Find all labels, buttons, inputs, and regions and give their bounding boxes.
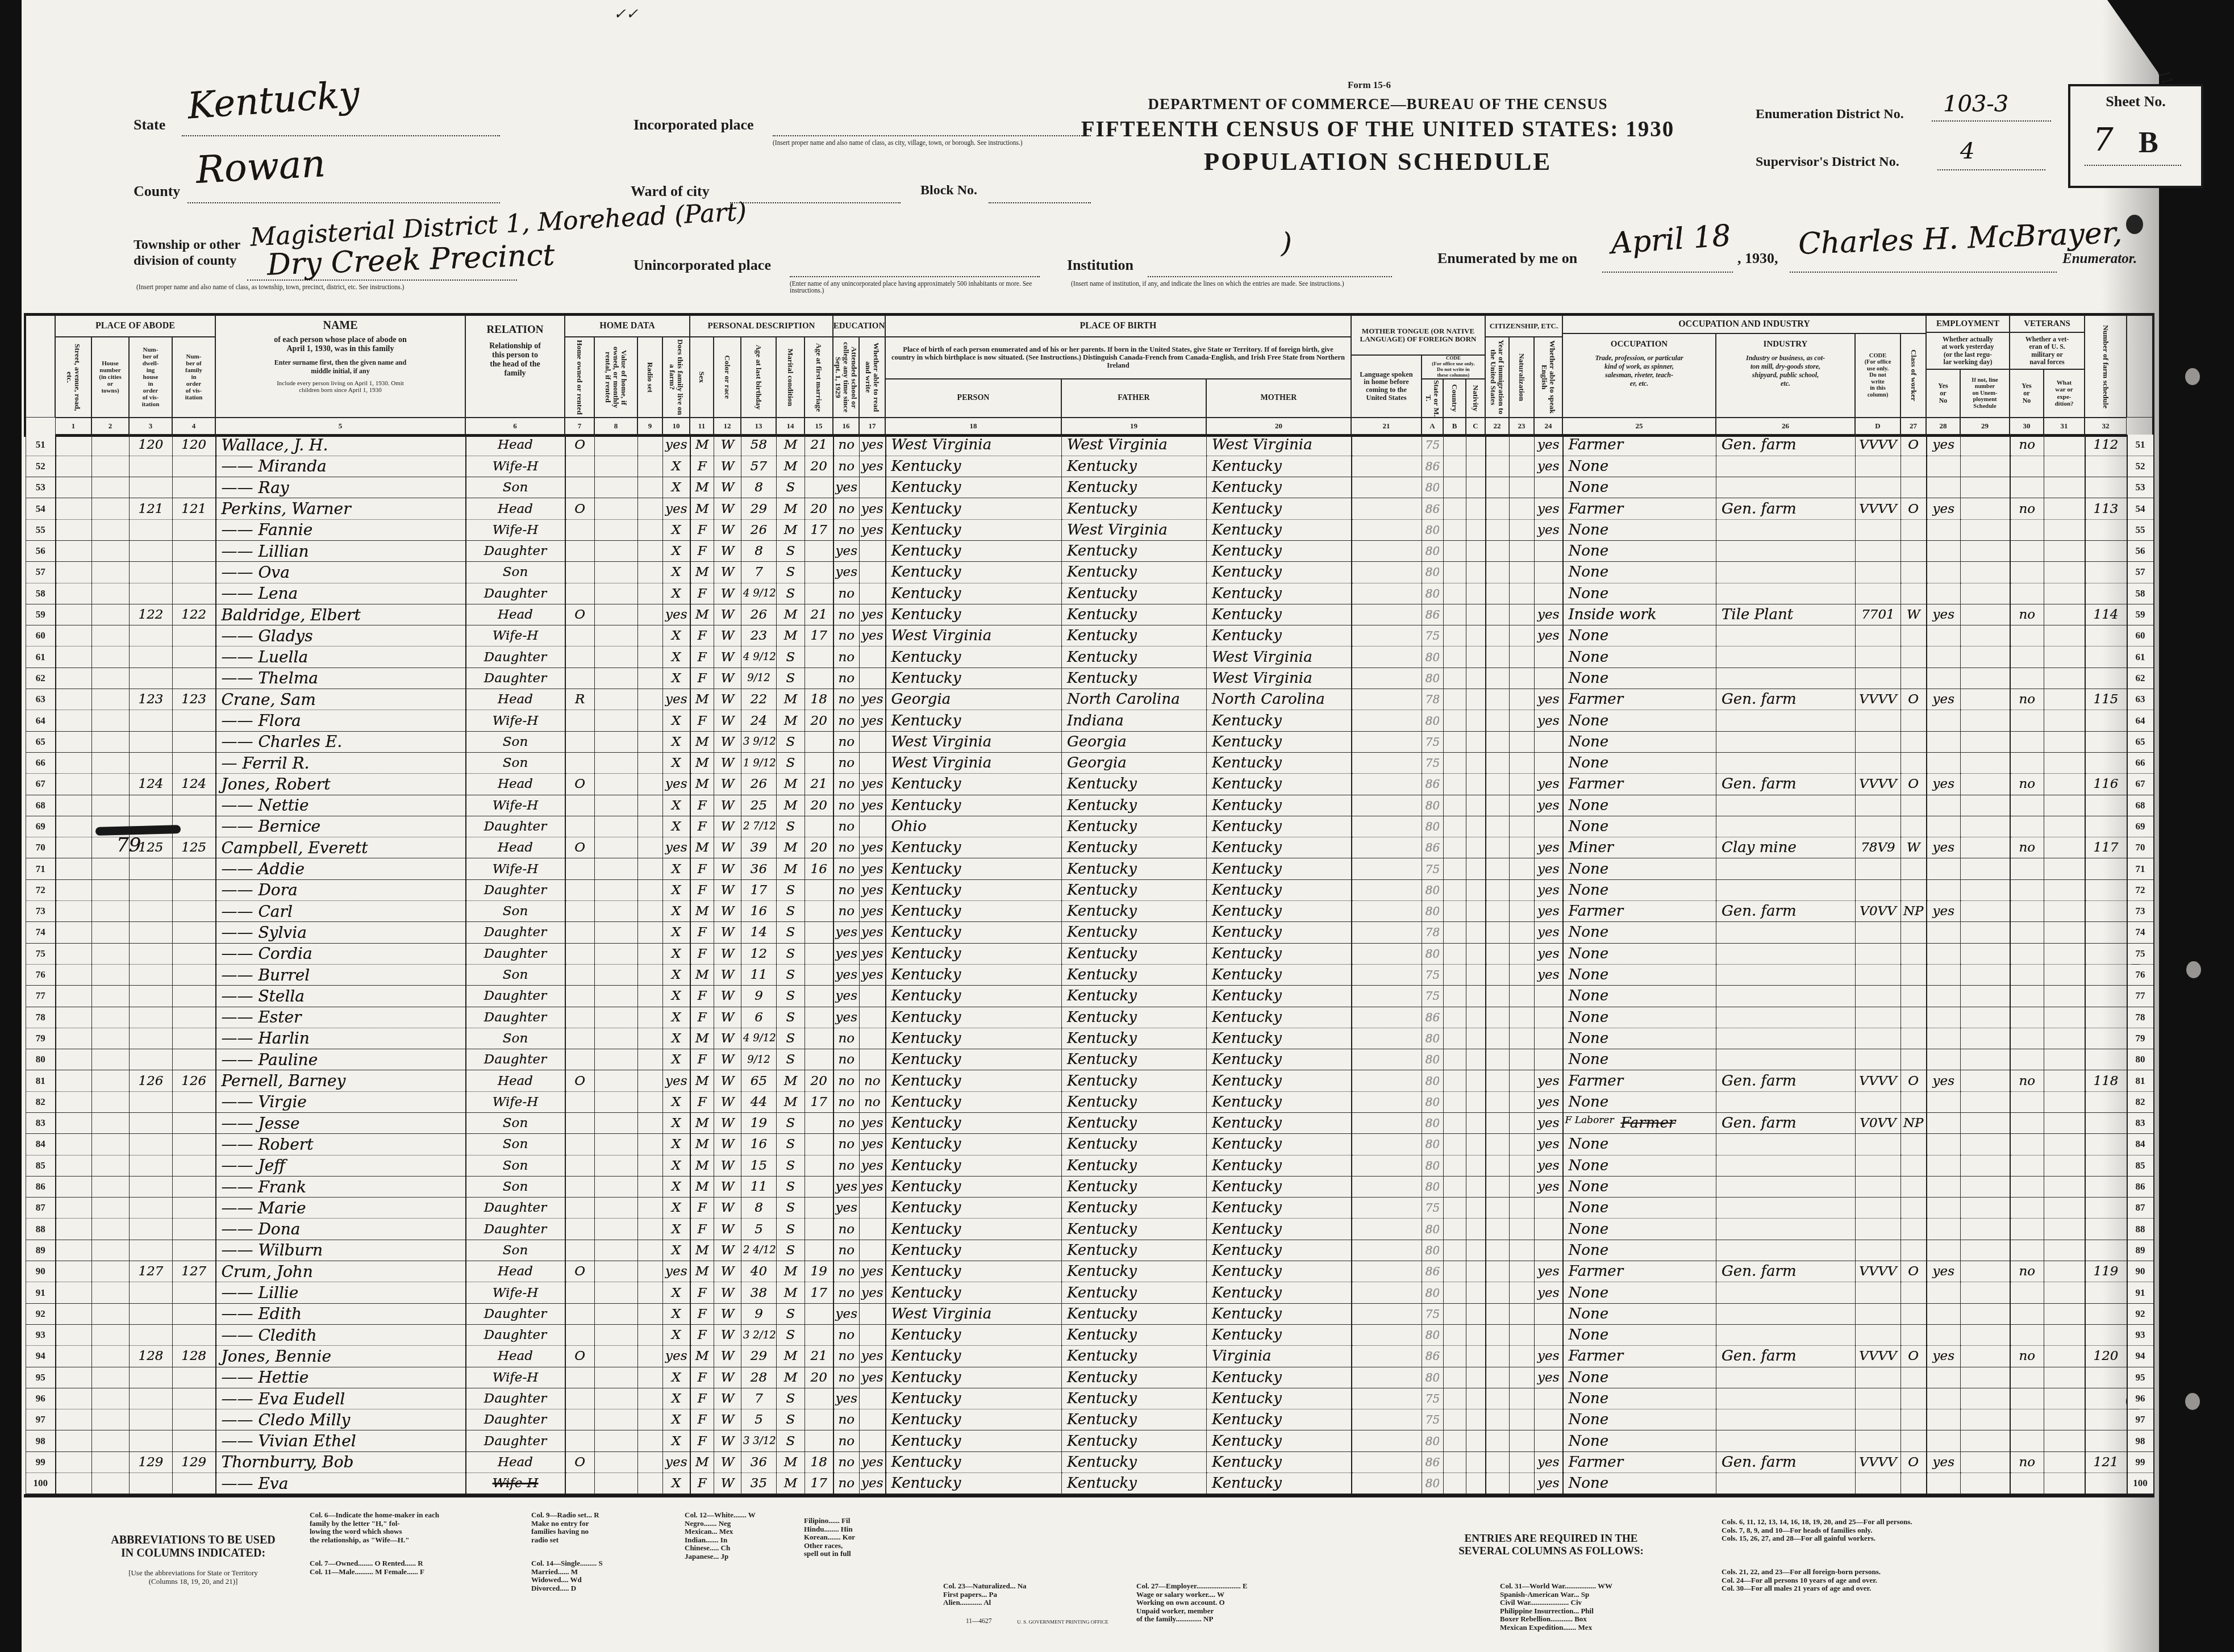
cell-unemp_line <box>1961 1430 2010 1451</box>
cell-code_a-value: 86 <box>1424 1011 1441 1024</box>
cell-birth_person: Kentucky <box>886 1219 1062 1240</box>
cell-farm-value: X <box>665 671 688 686</box>
col-street: Street, avenue, road, etc. <box>55 337 91 418</box>
cell-at_work-value: yes <box>1929 840 1959 855</box>
cell-dwelling <box>130 1219 173 1240</box>
cell-age_married: 17 <box>805 519 833 540</box>
cell-marital: M <box>777 795 805 816</box>
incorporated-underline <box>773 135 1091 136</box>
cell-language <box>1352 1451 1422 1472</box>
cell-birth_person: Kentucky <box>886 837 1062 858</box>
cell-immigration <box>1486 435 1510 456</box>
cell-street <box>56 1134 92 1155</box>
cell-house <box>92 986 130 1007</box>
cell-marital-value: S <box>778 1328 803 1342</box>
cell-birth_person-value: Kentucky <box>888 861 1060 878</box>
cell-farm_schedule <box>2085 1007 2127 1028</box>
cell-unemp_line <box>1961 1070 2010 1091</box>
cell-code_a: 80 <box>1422 816 1444 837</box>
cell-age-value: 1 9/12 <box>743 757 774 769</box>
cell-war <box>2044 1367 2085 1388</box>
cell-relation-value: Daughter <box>468 544 563 558</box>
cell-war <box>2044 1303 2085 1324</box>
footer-abbr-title: ABBREVIATIONS TO BE USED IN COLUMNS INDI… <box>94 1534 293 1560</box>
cell-worker_class-value: NP <box>1903 904 1924 919</box>
cell-line: 68 <box>26 795 56 816</box>
cell-marital-value: S <box>778 1434 803 1449</box>
cell-read_write <box>860 1388 886 1409</box>
cell-farm-value: X <box>665 1243 688 1258</box>
punch-hole-icon <box>2126 215 2143 234</box>
cell-at_work <box>1927 1409 1961 1430</box>
table-row-line-59: 59122122Baldridge, ElbertHeadOyesMW26M21… <box>26 604 2154 625</box>
cell-family <box>173 1367 216 1388</box>
cell-sex-value: F <box>693 925 712 940</box>
table-row-line-66: 66— Ferril R.SonXMW1 9/12SnoWest Virgini… <box>26 752 2154 773</box>
cell-naturalization <box>1510 1451 1535 1472</box>
cell-code_c <box>1466 731 1486 752</box>
cell-worker_class: O <box>1901 774 1927 795</box>
line-number: 63 <box>2136 694 2145 704</box>
cell-value <box>595 646 638 668</box>
cell-family <box>173 964 216 985</box>
cell-age_married: 20 <box>805 795 833 816</box>
cell-language <box>1352 562 1422 583</box>
cell-code_d <box>1856 1473 1901 1494</box>
cell-occupation: None <box>1563 668 1716 689</box>
cell-code_a-value: 80 <box>1424 481 1441 494</box>
cell-naturalization <box>1510 604 1535 625</box>
cell-family <box>173 562 216 583</box>
cell-naturalization <box>1510 1346 1535 1367</box>
cell-english-value: yes <box>1536 883 1561 898</box>
cell-sex: F <box>690 1409 714 1430</box>
cell-code_b <box>1444 1113 1466 1134</box>
block-label: Block No. <box>920 183 977 198</box>
cell-veteran: no <box>2010 604 2044 625</box>
cell-worker_class <box>1901 1282 1927 1303</box>
cell-industry-value: Clay mine <box>1718 839 1853 856</box>
cell-language <box>1352 1176 1422 1197</box>
col-dwelling-number: Num- ber of dwell- ing house in order of… <box>142 347 160 408</box>
line-number: 80 <box>2136 1054 2145 1065</box>
cell-age_married: 20 <box>805 1367 833 1388</box>
cell-age-value: 8 <box>743 480 774 495</box>
cell-color: W <box>714 646 741 668</box>
cell-veteran: no <box>2010 1451 2044 1472</box>
cell-sex: M <box>690 498 714 519</box>
cell-language <box>1352 816 1422 837</box>
cell-immigration <box>1486 752 1510 773</box>
cell-veteran-value: no <box>2012 1455 2043 1470</box>
sd-value: 4 <box>1960 138 1974 164</box>
cell-sex: F <box>690 1091 714 1112</box>
cell-radio <box>638 1303 663 1324</box>
cell-immigration <box>1486 583 1510 604</box>
cell-industry <box>1716 986 1856 1007</box>
cell-at_work <box>1927 456 1961 477</box>
col-color-race: Color or race <box>723 356 731 399</box>
cell-code_c <box>1466 519 1486 540</box>
cell-birth_mother-value: Kentucky <box>1208 1475 1349 1492</box>
cell-code_c <box>1466 1091 1486 1112</box>
cell-read_write-value: yes <box>861 967 883 982</box>
cell-farm_schedule <box>2085 1198 2127 1219</box>
cell-english: yes <box>1535 1091 1563 1112</box>
cell-birth_mother-value: Kentucky <box>1208 1094 1349 1111</box>
cell-name-value: Jones, Robert <box>218 775 464 794</box>
cell-house <box>92 710 130 731</box>
cell-line: 87 <box>2127 1198 2154 1219</box>
col-sex: Sex <box>690 337 714 418</box>
cell-occupation-value: None <box>1565 966 1715 983</box>
cell-marital: M <box>777 774 805 795</box>
cell-code_b <box>1444 477 1466 498</box>
cell-line: 94 <box>2127 1346 2154 1367</box>
line-number: 67 <box>36 778 45 789</box>
cell-read_write-value: yes <box>861 1264 883 1279</box>
cell-unemp_line <box>1961 1303 2010 1324</box>
table-row-line-71: 71—— AddieWife-HXFW36M16noyesKentuckyKen… <box>26 858 2154 879</box>
cell-industry <box>1716 943 1856 964</box>
cell-line: 78 <box>2127 1007 2154 1028</box>
cell-marital-value: S <box>778 1412 803 1427</box>
cell-relation-value: Son <box>468 1179 563 1194</box>
cell-relation-value: Wife-H <box>468 798 563 813</box>
col-age: Age at last birthday <box>755 345 762 410</box>
cell-age_married <box>805 752 833 773</box>
cell-birth_father: Kentucky <box>1062 1219 1207 1240</box>
cell-unemp_line <box>1961 858 2010 879</box>
cell-veteran <box>2010 1388 2044 1409</box>
cell-value <box>595 604 638 625</box>
cell-family-value: 120 <box>174 437 214 452</box>
cell-color-value: W <box>716 1349 739 1363</box>
cell-at_work: yes <box>1927 604 1961 625</box>
cell-marital: S <box>777 752 805 773</box>
line-number: 99 <box>2136 1457 2145 1467</box>
cell-farm_schedule <box>2085 1282 2127 1303</box>
col-number: 29 <box>1960 418 2010 435</box>
cell-age: 36 <box>741 1451 777 1472</box>
cell-age-value: 19 <box>743 1116 774 1130</box>
cell-occupation-value: None <box>1565 1199 1715 1216</box>
cell-occupation-value: None <box>1565 1390 1715 1407</box>
cell-english-value: yes <box>1536 1095 1561 1109</box>
cell-radio <box>638 456 663 477</box>
cell-relation-value: Head <box>468 777 563 791</box>
cell-read_write <box>860 1303 886 1324</box>
cell-home <box>565 901 595 922</box>
cell-name-value: —— Robert <box>218 1135 464 1154</box>
cell-birth_father-value: Kentucky <box>1064 1178 1204 1195</box>
cell-occupation-value: None <box>1565 987 1715 1004</box>
cell-farm-value: X <box>665 925 688 940</box>
cell-worker_class: O <box>1901 1261 1927 1282</box>
col-number: 22 <box>1494 422 1501 430</box>
cell-marital-value: S <box>778 1243 803 1258</box>
cell-color: W <box>714 1261 741 1282</box>
cell-naturalization <box>1510 816 1535 837</box>
cell-unemp_line <box>1961 1028 2010 1049</box>
cell-marital: M <box>777 519 805 540</box>
cell-worker_class <box>1901 540 1927 561</box>
cell-veteran: no <box>2010 837 2044 858</box>
cell-farm-value: yes <box>665 840 688 855</box>
cell-school: no <box>833 879 860 900</box>
cell-worker_class-value: O <box>1903 1264 1924 1279</box>
cell-birth_person: Kentucky <box>886 922 1062 943</box>
cell-english <box>1535 477 1563 498</box>
cell-read_write: yes <box>860 837 886 858</box>
cell-sex-value: F <box>693 1370 712 1385</box>
cell-naturalization <box>1510 943 1535 964</box>
cell-relation: Head <box>466 689 565 710</box>
cell-color: W <box>714 1070 741 1091</box>
cell-language <box>1352 1049 1422 1070</box>
cell-birth_person: Kentucky <box>886 519 1062 540</box>
footer-col23: Col. 23—Naturalized... Na First papers..… <box>943 1582 1108 1607</box>
binder-hole-icon <box>2185 1393 2200 1410</box>
cell-farm: X <box>663 986 690 1007</box>
cell-family <box>173 1303 216 1324</box>
cell-relation: Son <box>466 1028 565 1049</box>
cell-war <box>2044 625 2085 646</box>
cell-dwelling <box>130 922 173 943</box>
cell-naturalization <box>1510 1176 1535 1197</box>
cell-house <box>92 540 130 561</box>
cell-color-value: W <box>716 1243 739 1258</box>
cell-relation: Head <box>466 435 565 456</box>
cell-house <box>92 435 130 456</box>
cell-family <box>173 922 216 943</box>
col-immigration-year: Year of immigration to the United States <box>1489 337 1505 417</box>
cell-name: Wallace, J. H. <box>216 435 466 456</box>
cell-code_a-value: 80 <box>1424 671 1441 685</box>
cell-worker_class <box>1901 1155 1927 1176</box>
cell-birth_person-value: Kentucky <box>888 458 1060 475</box>
cell-family-value: 124 <box>174 777 214 791</box>
cell-at_work <box>1927 986 1961 1007</box>
cell-worker_class: O <box>1901 1070 1927 1091</box>
cell-family <box>173 1282 216 1303</box>
cell-occupation: None <box>1563 710 1716 731</box>
cell-veteran <box>2010 1409 2044 1430</box>
cell-name: —— Bernice <box>216 816 466 837</box>
col-number: 19 <box>1130 422 1137 430</box>
cell-industry: Gen. farm <box>1716 498 1856 519</box>
table-row-line-53: 53—— RaySonXMW8SyesKentuckyKentuckyKentu… <box>26 477 2154 498</box>
cell-birth_father-value: North Carolina <box>1064 691 1204 708</box>
cell-relation: Daughter <box>466 1324 565 1345</box>
cell-age_married: 21 <box>805 774 833 795</box>
cell-name: —— Vivian Ethel <box>216 1430 466 1451</box>
cell-value <box>595 1367 638 1388</box>
cell-immigration <box>1486 562 1510 583</box>
cell-marital: S <box>777 731 805 752</box>
cell-farm-value: X <box>665 1158 688 1173</box>
col-number: 6 <box>513 422 517 430</box>
cell-line: 79 <box>2127 1028 2154 1049</box>
cell-marital-value: S <box>778 883 803 898</box>
cell-street <box>56 986 92 1007</box>
cell-at_work-value: yes <box>1929 502 1959 516</box>
cell-birth_person-value: Kentucky <box>888 1348 1060 1365</box>
cell-war <box>2044 1346 2085 1367</box>
cell-at_work <box>1927 1219 1961 1240</box>
cell-name-value: —— Thelma <box>218 669 464 687</box>
cell-industry <box>1716 964 1856 985</box>
cell-school-value: no <box>836 714 858 728</box>
cell-color-value: W <box>716 1095 739 1109</box>
col-number: 27 <box>1900 418 1926 435</box>
cell-birth_person: Kentucky <box>886 1176 1062 1197</box>
cell-name-value: —— Lena <box>218 584 464 603</box>
cell-at_work: yes <box>1927 498 1961 519</box>
cell-read_write <box>860 1324 886 1345</box>
cell-house <box>92 901 130 922</box>
cell-sex-value: M <box>693 1158 712 1173</box>
cell-naturalization <box>1510 1430 1535 1451</box>
cell-sex-value: F <box>693 883 712 898</box>
cell-english <box>1535 1219 1563 1240</box>
cell-marital: M <box>777 1473 805 1494</box>
cell-war <box>2044 1261 2085 1282</box>
cell-sex: F <box>690 1388 714 1409</box>
cell-immigration <box>1486 1219 1510 1240</box>
cell-farm_schedule <box>2085 1430 2127 1451</box>
cell-worker_class <box>1901 879 1927 900</box>
cell-school-value: no <box>836 1370 858 1385</box>
cell-language <box>1352 1219 1422 1240</box>
cell-birth_mother: Kentucky <box>1207 774 1352 795</box>
cell-school-value: yes <box>836 1179 858 1194</box>
cell-dwelling <box>130 964 173 985</box>
cell-age-value: 28 <box>743 1370 774 1385</box>
cell-farm_schedule <box>2085 1409 2127 1430</box>
cell-name: —— Thelma <box>216 668 466 689</box>
cell-line: 88 <box>2127 1219 2154 1240</box>
cell-school: yes <box>833 477 860 498</box>
cell-value <box>595 477 638 498</box>
col-attended-school: Attended school or college any time sinc… <box>834 337 858 417</box>
cell-code_b <box>1444 816 1466 837</box>
cell-marital: M <box>777 604 805 625</box>
cell-war <box>2044 837 2085 858</box>
cell-house <box>92 879 130 900</box>
cell-color: W <box>714 519 741 540</box>
cell-marital: M <box>777 498 805 519</box>
cell-age: 26 <box>741 604 777 625</box>
cell-color-value: W <box>716 1264 739 1279</box>
line-number: 76 <box>36 969 45 980</box>
cell-name-value: —— Gladys <box>218 627 464 645</box>
cell-birth_person-value: Kentucky <box>888 1115 1060 1132</box>
cell-industry <box>1716 456 1856 477</box>
cell-age_married: 20 <box>805 456 833 477</box>
cell-naturalization <box>1510 519 1535 540</box>
cell-english <box>1535 816 1563 837</box>
cell-birth_mother: Kentucky <box>1207 1451 1352 1472</box>
cell-birth_mother-value: Kentucky <box>1208 564 1349 581</box>
cell-sex-value: F <box>693 523 712 537</box>
cell-house <box>92 668 130 689</box>
cell-english: yes <box>1535 435 1563 456</box>
cell-naturalization <box>1510 540 1535 561</box>
cell-code_d <box>1856 879 1901 900</box>
cell-farm_schedule <box>2085 943 2127 964</box>
cell-naturalization <box>1510 879 1535 900</box>
cell-line: 77 <box>2127 986 2154 1007</box>
cell-farm: X <box>663 519 690 540</box>
cell-code_d <box>1856 583 1901 604</box>
cell-language <box>1352 1261 1422 1282</box>
cell-value <box>595 1261 638 1282</box>
cell-occupation: Farmer <box>1563 689 1716 710</box>
cell-at_work <box>1927 1324 1961 1345</box>
cell-code_a-value: 80 <box>1424 565 1441 579</box>
cell-birth_father: Kentucky <box>1062 1070 1207 1091</box>
col-number: 12 <box>714 418 741 435</box>
cell-birth_person: Kentucky <box>886 901 1062 922</box>
cell-name-value: —— Pauline <box>218 1050 464 1069</box>
cell-dwelling <box>130 1388 173 1409</box>
cell-birth_father-value: Georgia <box>1064 733 1204 750</box>
cell-war <box>2044 816 2085 837</box>
cell-age: 9 <box>741 1303 777 1324</box>
cell-birth_person: West Virginia <box>886 731 1062 752</box>
cell-farm_schedule <box>2085 1176 2127 1197</box>
institution-note: (Insert name of institution, if any, and… <box>1071 281 1412 287</box>
cell-line: 59 <box>2127 604 2154 625</box>
cell-code_a: 75 <box>1422 858 1444 879</box>
cell-value <box>595 795 638 816</box>
cell-age_married: 21 <box>805 604 833 625</box>
cell-birth_person-value: Kentucky <box>888 1369 1060 1386</box>
cell-read_write-value: yes <box>861 1455 883 1470</box>
col-relation-text: RELATION <box>487 324 544 336</box>
line-number: 83 <box>36 1117 45 1128</box>
cell-veteran <box>2010 1155 2044 1176</box>
cell-age_married: 17 <box>805 1091 833 1112</box>
col-name-text: NAME <box>323 319 357 332</box>
cell-veteran <box>2010 710 2044 731</box>
cell-farm: X <box>663 668 690 689</box>
cell-occupation: None <box>1563 964 1716 985</box>
cell-code_a-value: 80 <box>1424 1032 1441 1045</box>
cell-birth_father: Kentucky <box>1062 1261 1207 1282</box>
line-number: 53 <box>36 482 45 493</box>
cell-occupation: None <box>1563 456 1716 477</box>
cell-age-value: 65 <box>743 1074 774 1088</box>
occupation-correction: F Laborer <box>1565 1115 1614 1126</box>
cell-war <box>2044 752 2085 773</box>
cell-birth_person-value: Kentucky <box>888 649 1060 666</box>
cell-industry: Gen. farm <box>1716 1346 1856 1367</box>
col-code-country: Country <box>1443 379 1466 418</box>
cell-radio <box>638 1070 663 1091</box>
cell-birth_father-value: Kentucky <box>1064 1348 1204 1365</box>
cell-home: O <box>565 435 595 456</box>
cell-occupation-value: None <box>1565 882 1715 899</box>
cell-worker_class <box>1901 1324 1927 1345</box>
cell-school-value: no <box>836 904 858 919</box>
cell-farm_schedule <box>2085 646 2127 668</box>
cell-code_a: 80 <box>1422 1367 1444 1388</box>
cell-dwelling <box>130 1028 173 1049</box>
cell-code_a: 75 <box>1422 731 1444 752</box>
cell-code_c <box>1466 540 1486 561</box>
